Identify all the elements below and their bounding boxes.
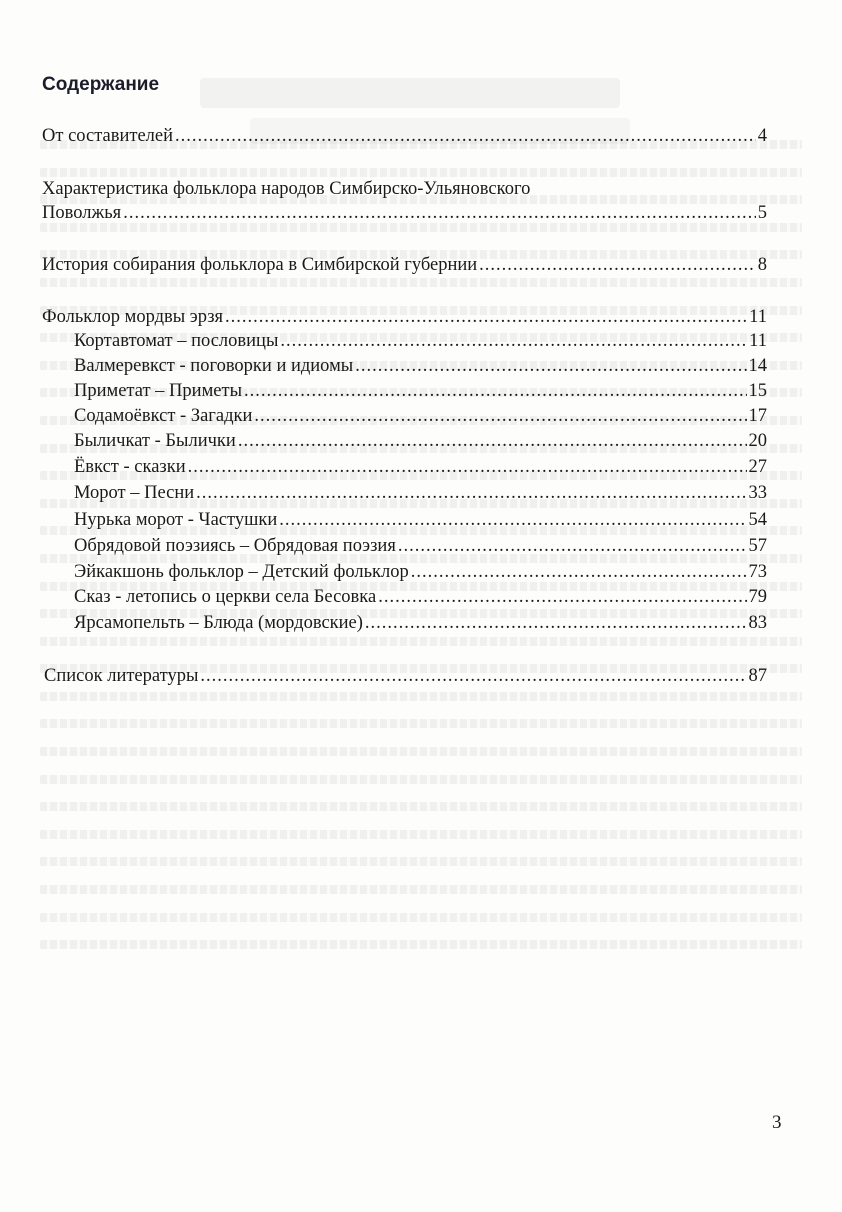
- toc-entry-page: 79: [749, 586, 768, 608]
- toc-entry-label: Поволжья: [42, 202, 121, 224]
- toc-subentry[interactable]: Приметат – Приметы 15: [74, 380, 767, 402]
- toc-entry-label: Список литературы: [44, 665, 198, 687]
- dot-leader: [225, 306, 747, 328]
- toc-entry-label: Обрядовой поэзиясь – Обрядовая поэзия: [74, 535, 396, 557]
- toc-subentry[interactable]: Кортавтомат – пословицы 11: [74, 330, 767, 352]
- dot-leader: [238, 430, 747, 452]
- toc-entry-label: Эйкакшонь фольклор – Детский фольклор: [74, 561, 409, 583]
- dot-leader: [479, 254, 756, 276]
- toc-entry-label: Приметат – Приметы: [74, 380, 242, 402]
- dot-leader: [175, 125, 756, 147]
- toc-entry-page: 15: [749, 380, 768, 402]
- toc-entry-page: 17: [749, 405, 768, 427]
- toc-entry-label: Сказ - летопись о церкви села Бесовка: [74, 586, 376, 608]
- toc-entry-label: Морот – Песни: [74, 482, 194, 504]
- toc-entry-page: 54: [749, 509, 768, 531]
- toc-entry-label: Нурька морот - Частушки: [74, 509, 277, 531]
- toc-entry[interactable]: Фольклор мордвы эрзя 11: [42, 306, 767, 328]
- dot-leader: [355, 355, 746, 377]
- toc-subentry[interactable]: Нурька морот - Частушки 54: [74, 509, 767, 531]
- toc-subentry[interactable]: Сказ - летопись о церкви села Бесовка 79: [74, 586, 767, 608]
- toc-entry-page: 8: [758, 254, 767, 276]
- scanned-page: Содержание От составителей 4 Характерист…: [0, 0, 842, 1212]
- toc-entry-page: 5: [758, 202, 767, 224]
- toc-subentry[interactable]: Содамоёвкст - Загадки 17: [74, 405, 767, 427]
- toc-entry-page: 27: [749, 456, 768, 478]
- dot-leader: [280, 330, 747, 352]
- toc-subentry[interactable]: Ёвкст - сказки 27: [74, 456, 767, 478]
- toc-entry-label: Содамоёвкст - Загадки: [74, 405, 252, 427]
- dot-leader: [365, 612, 747, 634]
- dot-leader: [378, 586, 746, 608]
- page-number: 3: [772, 1112, 782, 1134]
- toc-entry-label: Быличкат - Былички: [74, 430, 236, 452]
- toc-subentry[interactable]: Валмеревкст - поговорки и идиомы 14: [74, 355, 767, 377]
- toc-entry-label: Валмеревкст - поговорки и идиомы: [74, 355, 353, 377]
- toc-subentry[interactable]: Ярсамопельть – Блюда (мордовские) 83: [74, 612, 767, 634]
- toc-entry-label: Фольклор мордвы эрзя: [42, 306, 223, 328]
- toc-subentry[interactable]: Эйкакшонь фольклор – Детский фольклор 73: [74, 561, 767, 583]
- toc-subentry[interactable]: Морот – Песни 33: [74, 482, 767, 504]
- toc-entry-page: 83: [749, 612, 768, 634]
- toc-entry[interactable]: Список литературы 87: [44, 665, 767, 687]
- dot-leader: [254, 405, 746, 427]
- dot-leader: [411, 561, 747, 583]
- dot-leader: [196, 482, 746, 504]
- dot-leader: [244, 380, 747, 402]
- toc-entry-page: 4: [758, 125, 767, 147]
- bleed-through-title: [200, 78, 620, 108]
- dot-leader: [188, 456, 747, 478]
- toc-entry-label: История собирания фольклора в Симбирской…: [42, 254, 477, 276]
- toc-entry-page: 11: [749, 306, 767, 328]
- toc-entry[interactable]: От составителей 4: [42, 125, 767, 147]
- toc-entry-page: 87: [749, 665, 768, 687]
- toc-entry-label: Ярсамопельть – Блюда (мордовские): [74, 612, 363, 634]
- toc-entry-label-line1: Характеристика фольклора народов Симбирс…: [42, 178, 530, 200]
- toc-entry[interactable]: Поволжья 5: [42, 202, 767, 224]
- dot-leader: [200, 665, 746, 687]
- toc-entry-page: 11: [749, 330, 767, 352]
- dot-leader: [123, 202, 756, 224]
- toc-entry-label: От составителей: [42, 125, 173, 147]
- toc-heading: Содержание: [42, 74, 159, 96]
- toc-subentry[interactable]: Быличкат - Былички 20: [74, 430, 767, 452]
- toc-entry-page: 20: [749, 430, 768, 452]
- toc-entry[interactable]: История собирания фольклора в Симбирской…: [42, 254, 767, 276]
- toc-entry-label: Кортавтомат – пословицы: [74, 330, 278, 352]
- toc-entry-page: 57: [749, 535, 768, 557]
- toc-entry-page: 14: [749, 355, 768, 377]
- toc-subentry[interactable]: Обрядовой поэзиясь – Обрядовая поэзия 57: [74, 535, 767, 557]
- dot-leader: [279, 509, 746, 531]
- toc-entry-page: 73: [749, 561, 768, 583]
- toc-entry-page: 33: [749, 482, 768, 504]
- toc-entry-label: Ёвкст - сказки: [74, 456, 186, 478]
- dot-leader: [398, 535, 747, 557]
